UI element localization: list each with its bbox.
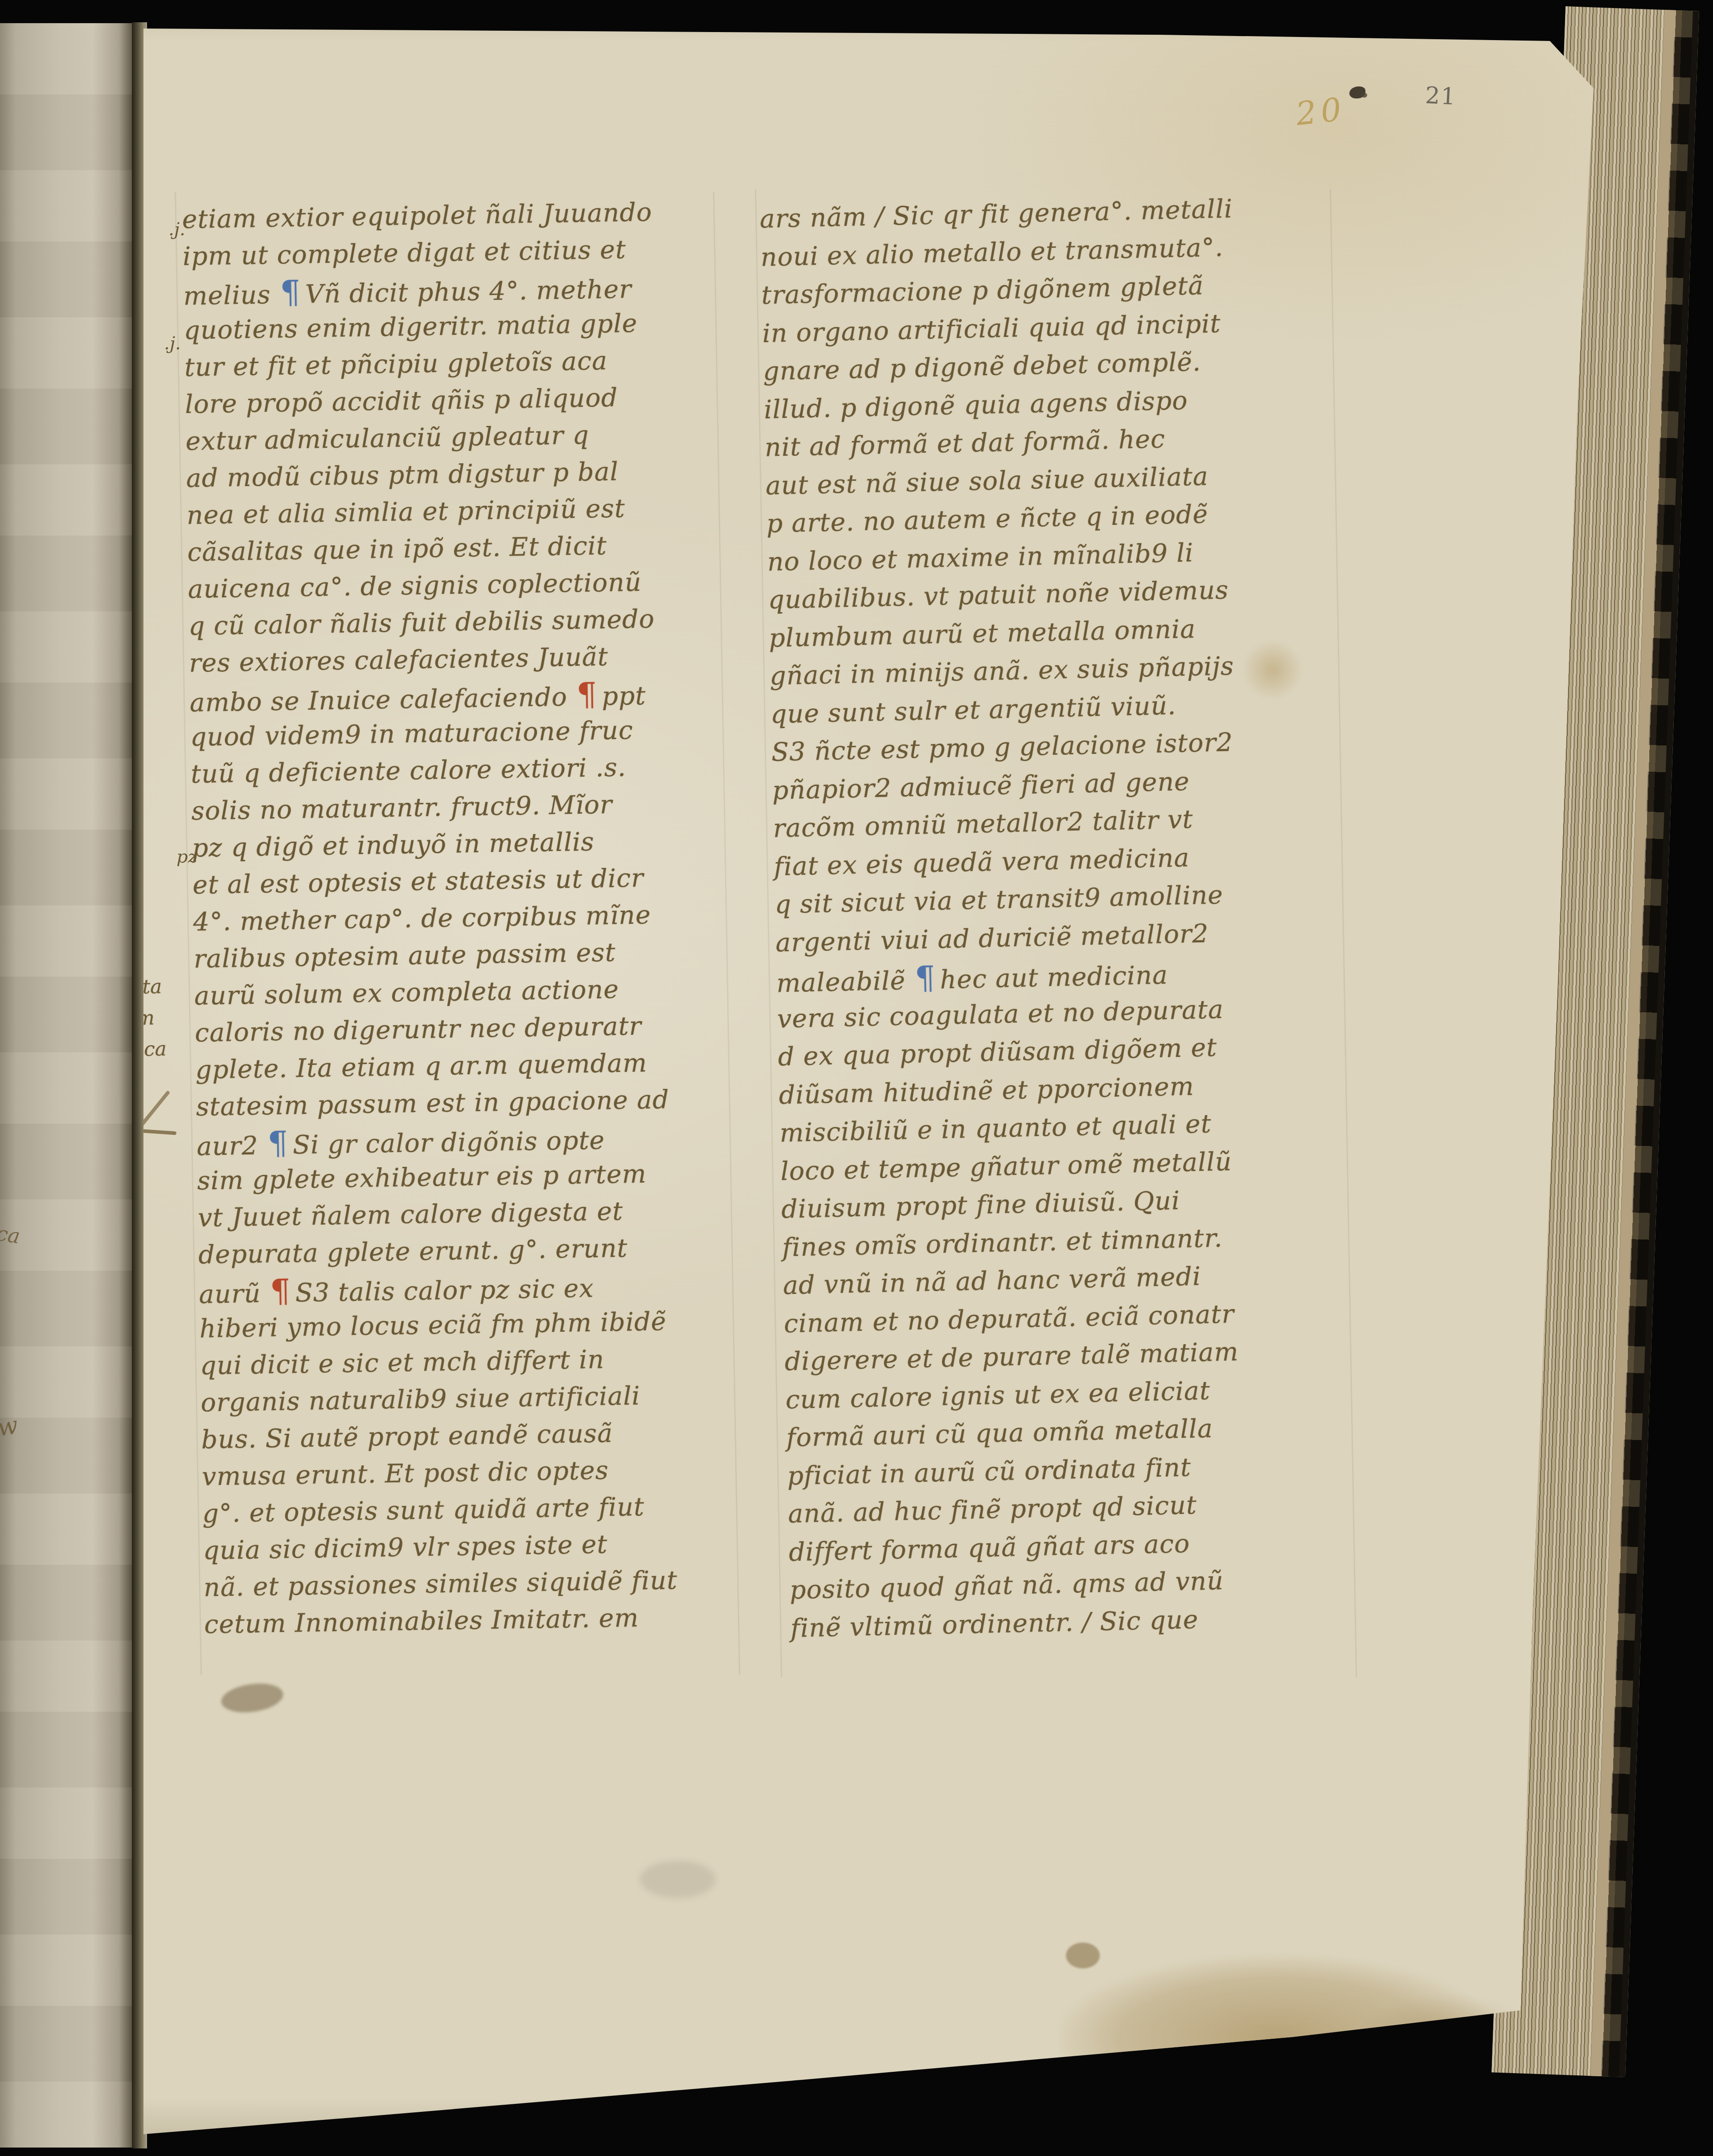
- text-run: tuũ q deficiente calore extiori .s.: [191, 753, 627, 789]
- text-run: cãsalitas que in ipõ est. Et dicit: [187, 531, 607, 567]
- text-run: etiam extior equipolet ñali Juuando: [182, 197, 652, 234]
- text-run: no loco et maxime in mĩnalib9 li: [767, 538, 1194, 577]
- manuscript-page: 20 21 etiam extior equipolet ñali Juuand…: [0, 0, 1713, 2156]
- text-run: ralibus optesim aute passim est: [193, 938, 616, 974]
- folio-number-ink: 20: [1294, 90, 1348, 132]
- smudge: [640, 1861, 716, 1898]
- paraph-mark-red: ¶: [269, 1272, 296, 1309]
- text-run: nit ad formã et dat formã. hec: [764, 424, 1165, 462]
- paraph-mark-blue: ¶: [914, 959, 940, 997]
- folio-number-pencil: 21: [1424, 82, 1457, 110]
- text-run: diũsam hitudinẽ et pporcionem: [779, 1072, 1194, 1110]
- text-run: argenti viui ad duriciẽ metallor2: [775, 919, 1209, 957]
- text-run: q sit sicut via et transit9 amolline: [775, 880, 1224, 920]
- text-run: cinam et no depuratã. eciã conatr: [783, 1299, 1234, 1338]
- text-run: lore propõ accidit qñis p aliquod: [185, 383, 618, 419]
- text-run: quabilibus. vt patuit noñe videmus: [768, 575, 1229, 615]
- text-run: caloris no digeruntr nec depuratr: [195, 1011, 642, 1048]
- text-run: S3 talis calor pz sic ex: [295, 1274, 594, 1308]
- text-run: nea et alia simlia et principiũ est: [187, 494, 626, 530]
- text-run: in organo artificiali quia qd incipit: [762, 309, 1221, 348]
- text-run: quia sic dicim9 vlr spes iste et: [203, 1530, 608, 1565]
- paragraph-margin-mark: pz: [176, 847, 197, 867]
- text-run: formã auri cũ qua omña metalla: [786, 1414, 1213, 1452]
- text-run: cum calore ignis ut ex ea eliciat: [785, 1376, 1210, 1415]
- text-run: statesim passum est in gpacione ad: [196, 1085, 669, 1122]
- text-run: trasformacione p digõnem gpletã: [761, 271, 1204, 310]
- text-run: pñapior2 admiucẽ fieri ad gene: [772, 767, 1190, 805]
- text-run: res extiores calefacientes Juuãt: [189, 642, 609, 678]
- ink-blot: [1349, 86, 1365, 98]
- facing-page-edge: ca w: [0, 23, 132, 2148]
- text-run: miscibiliũ e in quanto et quali et: [779, 1109, 1212, 1148]
- text-run: aurũ: [199, 1279, 270, 1309]
- text-run: et al est optesis et statesis ut dicr: [193, 863, 644, 900]
- text-run: 4°. mether cap°. de corpibus mĩne: [193, 900, 651, 937]
- text-run: que sunt sulr et argentiũ viuũ.: [770, 691, 1176, 729]
- paraph-mark-blue: ¶: [266, 1124, 293, 1162]
- text-run: quod videm9 in maturacione fruc: [190, 716, 633, 752]
- text-run: racõm omniũ metallor2 talitr vt: [773, 805, 1193, 843]
- stain-spot: [1242, 640, 1303, 700]
- text-run: ambo se Inuice calefaciendo: [189, 682, 576, 718]
- text-run: d ex qua propt diũsam digõem et: [778, 1033, 1217, 1072]
- text-run: bus. Si autẽ propt eandẽ causã: [201, 1419, 613, 1455]
- text-run: finẽ vltimũ ordinentr. / Sic que: [790, 1605, 1199, 1643]
- text-run: ars nãm / Sic qr fit genera°. metalli: [759, 194, 1233, 234]
- text-run: anã. ad huc finẽ propt qd sicut: [788, 1490, 1197, 1529]
- ruling-line: [713, 192, 740, 1675]
- facing-page-text-fragment: ca: [0, 1221, 22, 1248]
- facing-page-text-fragment: w: [0, 1411, 20, 1442]
- text-run: g°. et optesis sunt quidã arte fiut: [202, 1492, 645, 1529]
- paraph-mark-blue: ¶: [279, 274, 306, 311]
- ruling-line: [1330, 189, 1357, 1677]
- text-column-right: ars nãm / Sic qr fit genera°. metallinou…: [759, 190, 1264, 1648]
- text-run: digerere et de purare talẽ matiam: [784, 1337, 1239, 1376]
- ink-smudge: [219, 1680, 285, 1716]
- text-run: loco et tempe gñatur omẽ metallũ: [780, 1147, 1232, 1186]
- text-run: depurata gplete erunt. g°. erunt: [198, 1234, 628, 1270]
- text-run: sim gplete exhibeatur eis p artem: [197, 1159, 647, 1196]
- text-run: aut est nã siue sola siue auxiliata: [765, 462, 1209, 501]
- text-run: ad modũ cibus ptm digstur p bal: [186, 457, 619, 493]
- text-run: fines omĩs ordinantr. et timnantr.: [782, 1223, 1223, 1262]
- text-run: ipm ut complete digat et citius et: [182, 235, 626, 271]
- text-run: qui dicit e sic et mch differt in: [200, 1345, 605, 1380]
- text-run: vera sic coagulata et no depurata: [777, 994, 1224, 1034]
- text-run: q cũ calor ñalis fuit debilis sumedo: [188, 604, 655, 641]
- stain-spot: [1066, 1943, 1100, 1968]
- text-run: pficiat in aurũ cũ ordinata fint: [787, 1452, 1192, 1491]
- text-run: S3 ñcte est pmo g gelacione istor2: [771, 728, 1233, 767]
- paraph-mark-red: ¶: [575, 675, 602, 713]
- text-run: gnare ad p digonẽ debet complẽ.: [763, 347, 1201, 386]
- text-run: vt Juuet ñalem calore digesta et: [197, 1197, 623, 1233]
- text-run: noui ex alio metallo et transmuta°.: [760, 233, 1224, 272]
- text-run: Vñ dicit phus 4°. mether: [305, 274, 632, 309]
- text-run: nã. et passiones similes siquidẽ fiut: [203, 1566, 677, 1603]
- text-run: auicena ca°. de signis coplectionũ: [188, 568, 642, 604]
- text-run: tur et fit et pñcipiu gpletoĩs aca: [184, 346, 607, 382]
- text-run: cetum Innominabiles Imitatr. em: [204, 1603, 639, 1639]
- text-run: gñaci in minijs anã. ex suis pñapijs: [770, 651, 1234, 691]
- text-run: vmusa erunt. Et post dic optes: [201, 1456, 609, 1491]
- text-run: quotiens enim digeritr. matia gple: [184, 309, 638, 345]
- text-run: gplete. Ita etiam q ar.m quemdam: [195, 1048, 647, 1085]
- text-column-left: etiam extior equipolet ñali Juuandoipm u…: [182, 194, 678, 1643]
- text-run: p arte. no autem e ñcte q in eodẽ: [766, 499, 1209, 539]
- text-run: maleabilẽ: [776, 966, 914, 998]
- text-run: solis no maturantr. fruct9. Mĩor: [191, 790, 613, 826]
- text-run: illud. p digonẽ quia agens dispo: [764, 386, 1188, 425]
- paragraph-margin-mark: .j.: [168, 219, 185, 240]
- text-run: differt forma quã gñat ars aco: [788, 1529, 1190, 1567]
- text-run: aur2: [197, 1131, 267, 1161]
- text-run: pz q digõ et induyõ in metallis: [192, 827, 594, 863]
- manuscript-text-line: cetum Innominabiles Imitatr. em: [204, 1599, 678, 1644]
- paragraph-margin-mark: .j.: [164, 333, 181, 354]
- text-run: posito quod gñat nã. qms ad vnũ: [789, 1566, 1224, 1605]
- manuscript-photo: ca w 20 21 etiam extior equipolet ñali J…: [0, 0, 1713, 2156]
- text-run: hiberi ymo locus eciã fm phm ibidẽ: [199, 1307, 667, 1343]
- text-run: diuisum propt fine diuisũ. Qui: [781, 1186, 1180, 1224]
- text-run: organis naturalib9 siue artificiali: [201, 1381, 640, 1417]
- text-run: ppt: [602, 681, 646, 712]
- text-run: aurũ solum ex completa actione: [194, 975, 619, 1011]
- text-run: fiat ex eis quedã vera medicina: [774, 843, 1190, 881]
- manuscript-text-line: depurata gplete erunt. g°. erunt: [198, 1229, 672, 1274]
- manuscript-text-line: solis no maturantr. fruct9. Mĩor: [191, 785, 665, 830]
- text-run: extur admiculanciũ gpleatur q: [185, 421, 589, 456]
- text-run: ad vnũ in nã ad hanc verã medi: [783, 1262, 1201, 1300]
- text-run: Si gr calor digõnis opte: [292, 1125, 605, 1160]
- text-run: plumbum aurũ et metalla omnia: [769, 614, 1196, 653]
- text-run: hec aut medicina: [940, 960, 1168, 994]
- text-run: melius: [183, 280, 279, 311]
